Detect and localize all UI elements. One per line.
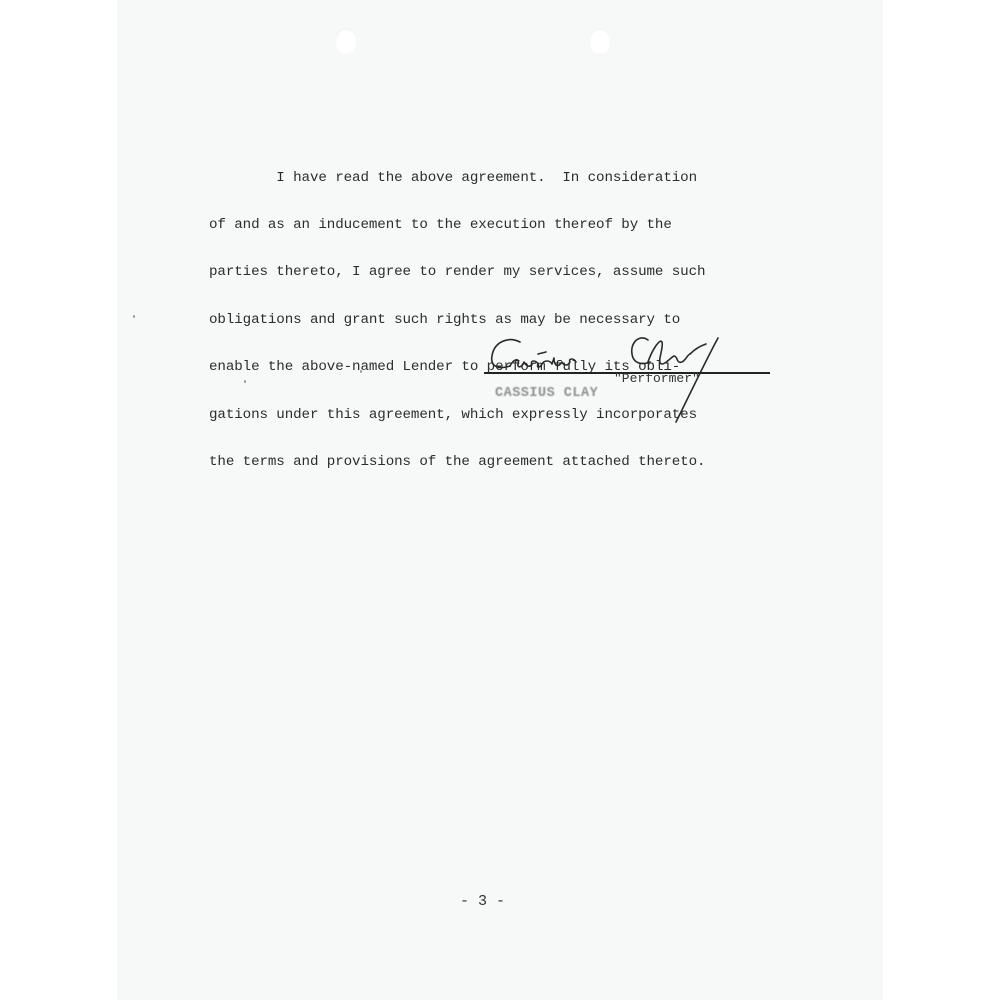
paragraph-line: parties thereto, I agree to render my se…	[209, 265, 779, 281]
page-number: - 3 -	[460, 893, 505, 910]
paragraph-line: obligations and grant such rights as may…	[209, 313, 779, 329]
punch-hole	[335, 28, 357, 54]
paragraph-line: of and as an inducement to the execution…	[209, 218, 779, 234]
signer-role-label: "Performer"	[614, 371, 700, 386]
signer-typed-name: CASSIUS CLAY	[495, 386, 598, 401]
paragraph-line: the terms and provisions of the agreemen…	[209, 455, 779, 471]
paragraph-line: I have read the above agreement. In cons…	[209, 171, 779, 187]
agreement-paragraph: I have read the above agreement. In cons…	[209, 139, 779, 487]
punch-hole	[589, 28, 611, 54]
paper-speck	[133, 315, 135, 318]
